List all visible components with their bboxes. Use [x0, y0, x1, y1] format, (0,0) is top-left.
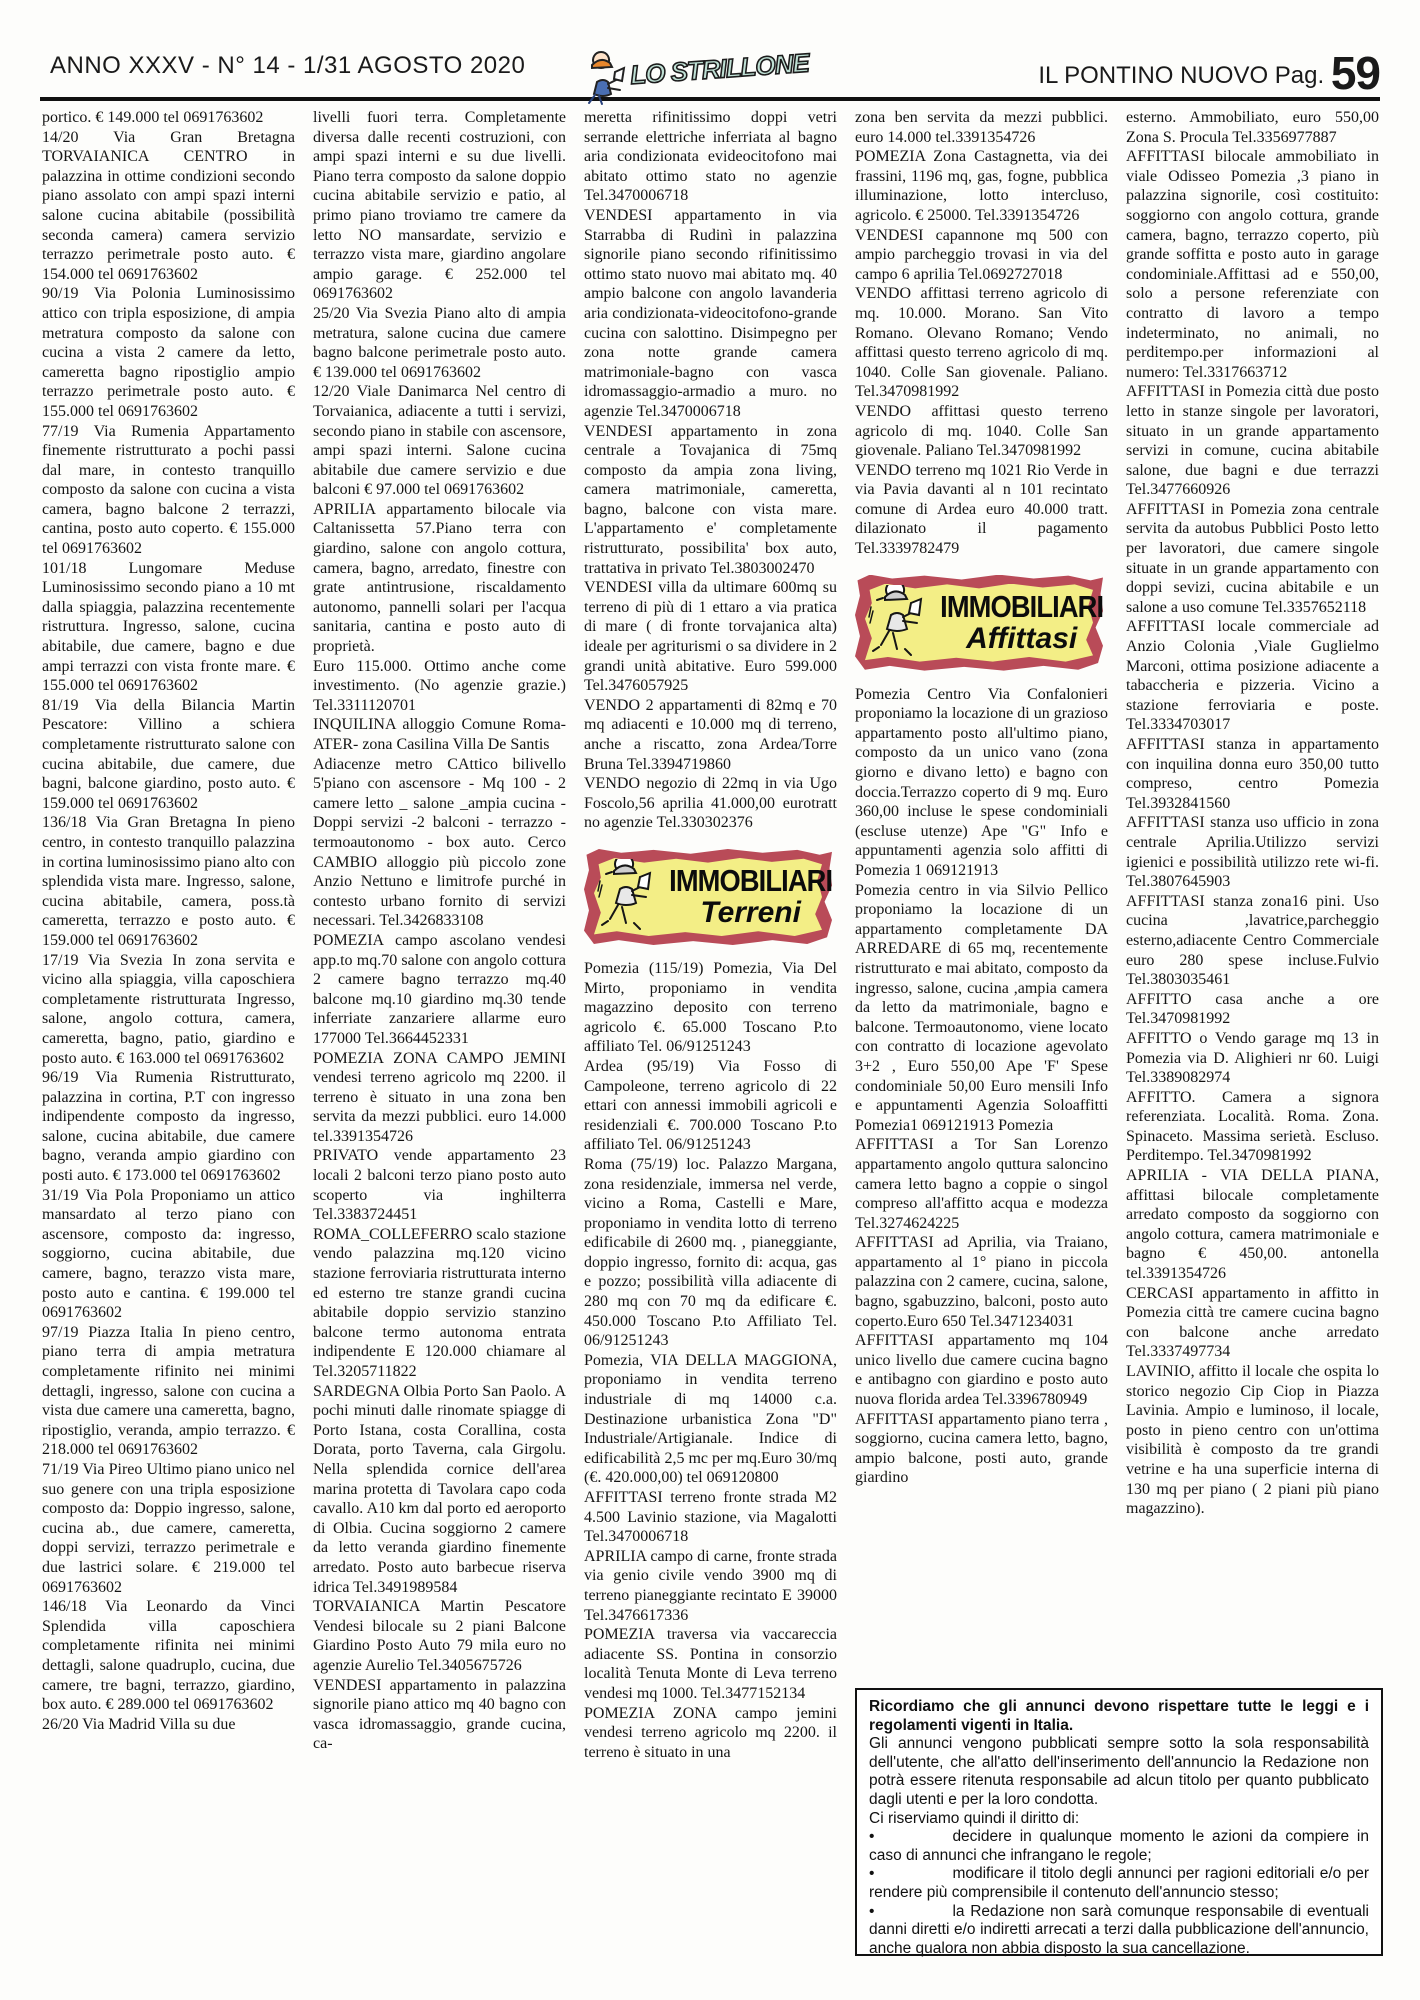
- classified-ad: AFFITTASI a Tor San Lorenzo appartamento…: [855, 1135, 1108, 1233]
- classified-ad: POMEZIA traversa via vaccareccia adiacen…: [584, 1625, 837, 1703]
- masthead-title: IL PONTINO NUOVO Pag.: [1038, 62, 1324, 89]
- badge-subtitle: Affittasi: [929, 623, 1108, 655]
- classified-ad: SARDEGNA Olbia Porto San Paolo. A pochi …: [313, 1382, 566, 1598]
- classified-ad: AFFITTASI stanza uso ufficio in zona cen…: [1126, 813, 1379, 891]
- badge-subtitle: Terreni: [658, 897, 837, 929]
- classified-ad: 136/18 Via Gran Bretagna In pieno centro…: [42, 813, 295, 950]
- classified-ad: APRILIA campo di carne, fronte strada vi…: [584, 1547, 837, 1625]
- badge-title: IMMOBILIARI: [940, 591, 1103, 623]
- classified-ad: TORVAIANICA Martin Pescatore Vendesi bil…: [313, 1597, 566, 1675]
- classified-ad: POMEZIA ZONA CAMPO JEMINI vendesi terren…: [313, 1049, 566, 1147]
- classified-ad: AFFITTASI appartamento piano terra , sog…: [855, 1410, 1108, 1488]
- classified-ad: AFFITTASI locale commerciale ad Anzio Co…: [1126, 617, 1379, 735]
- classified-ad: Pomezia, VIA DELLA MAGGIONA, proponiamo …: [584, 1351, 837, 1488]
- classified-ad: Pomezia centro in via Silvio Pellico pro…: [855, 881, 1108, 1136]
- classified-ad: Ardea (95/19) Via Fosso di Campoleone, t…: [584, 1057, 837, 1155]
- classified-ad: 81/19 Via della Bilancia Martin Pescator…: [42, 696, 295, 814]
- classified-ad: Euro 115.000. Ottimo anche come investim…: [313, 657, 566, 716]
- classified-ad: 31/19 Via Pola Proponiamo un attico mans…: [42, 1186, 295, 1323]
- classified-ad: portico. € 149.000 tel 0691763602: [42, 108, 295, 128]
- classified-ad: Pomezia (115/19) Pomezia, Via Del Mirto,…: [584, 959, 837, 1057]
- badge-title: IMMOBILIARI: [669, 865, 832, 897]
- classified-ad: AFFITTO. Camera a signora referenziata. …: [1126, 1088, 1379, 1166]
- classified-ad: CERCASI appartamento in affitto in Pomez…: [1126, 1284, 1379, 1362]
- classified-ad: 71/19 Via Pireo Ultimo piano unico nel s…: [42, 1460, 295, 1597]
- classified-ad: 97/19 Piazza Italia In pieno centro, pia…: [42, 1323, 295, 1460]
- classified-ad: AFFITTASI stanza zona16 pini. Uso cucina…: [1126, 892, 1379, 990]
- column-3: meretta rifinitissimo doppi vetri serran…: [584, 108, 837, 1978]
- rules-notice-box: Ricordiamo che gli annunci devono rispet…: [855, 1688, 1383, 1956]
- classified-ad: 90/19 Via Polonia Luminosissimo attico c…: [42, 284, 295, 421]
- classified-ad: 26/20 Via Madrid Villa su due: [42, 1715, 295, 1735]
- classified-ad: AFFITTO o Vendo garage mq 13 in Pomezia …: [1126, 1029, 1379, 1088]
- classified-ad: ROMA_COLLEFERRO scalo stazione vendo pal…: [313, 1225, 566, 1382]
- classified-ad: Adiacenze metro CAttico bilivello 5'pian…: [313, 755, 566, 931]
- notice-bullet: •la Redazione non sarà comunque responsa…: [869, 1903, 1369, 1959]
- newsboy-icon: [594, 859, 658, 935]
- classified-ad: AFFITTASI terreno fronte strada M2 4.500…: [584, 1488, 837, 1547]
- classified-ad: zona ben servita da mezzi pubblici. euro…: [855, 108, 1108, 147]
- classified-ad: Roma (75/19) loc. Palazzo Margana, zona …: [584, 1155, 837, 1351]
- classified-ad: VENDESI appartamento in palazzina signor…: [313, 1676, 566, 1754]
- classified-ad: AFFITTASI ad Aprilia, via Traiano, appar…: [855, 1233, 1108, 1331]
- classified-ad: 146/18 Via Leonardo da Vinci Splendida v…: [42, 1597, 295, 1715]
- classified-ad: 14/20 Via Gran Bretagna TORVAIANICA CENT…: [42, 128, 295, 285]
- classified-ad: VENDESI appartamento in zona centrale a …: [584, 422, 837, 579]
- newsboy-icon: [865, 585, 929, 661]
- classified-ad: 96/19 Via Rumenia Ristrutturato, palazzi…: [42, 1068, 295, 1186]
- classified-ad: POMEZIA ZONA campo jemini vendesi terren…: [584, 1704, 837, 1763]
- notice-bullet: •modificare il titolo degli annunci per …: [869, 1865, 1369, 1902]
- classified-ad: 12/20 Viale Danimarca Nel centro di Torv…: [313, 382, 566, 500]
- classified-ad: PRIVATO vende appartamento 23 locali 2 b…: [313, 1146, 566, 1224]
- classified-ad: AFFITTASI in Pomezia zona centrale servi…: [1126, 500, 1379, 618]
- classified-ad: 101/18 Lungomare Meduse Luminosissimo se…: [42, 559, 295, 696]
- classified-ad: VENDESI capannone mq 500 con ampio parch…: [855, 226, 1108, 285]
- classified-ad: POMEZIA Zona Castagnetta, via dei frassi…: [855, 147, 1108, 225]
- column-2: livelli fuori terra. Completamente diver…: [313, 108, 566, 1978]
- classified-ad: LAVINIO, affitto il locale che ospita lo…: [1126, 1362, 1379, 1519]
- classified-ad: 25/20 Via Svezia Piano alto di ampia met…: [313, 304, 566, 382]
- classified-ad: AFFITTASI bilocale ammobiliato in viale …: [1126, 147, 1379, 382]
- notice-bullets: •decidere in qualunque momento le azioni…: [869, 1828, 1369, 1958]
- classified-ad: INQUILINA alloggio Comune Roma-ATER- zon…: [313, 715, 566, 754]
- newsboy-logo-icon: [589, 52, 624, 104]
- classified-ad: VENDO negozio di 22mq in via Ugo Foscolo…: [584, 774, 837, 833]
- classified-ad: AFFITTASI appartamento mq 104 unico live…: [855, 1331, 1108, 1409]
- classified-ad: Pomezia Centro Via Confalonieri proponia…: [855, 685, 1108, 881]
- classified-ad: VENDO affittasi terreno agricolo di mq. …: [855, 284, 1108, 402]
- classified-ad: VENDESI appartamento in via Starrabba di…: [584, 206, 837, 422]
- classified-ad: APRILIA appartamento bilocale via Caltan…: [313, 500, 566, 657]
- classified-ad: VENDESI villa da ultimare 600mq su terre…: [584, 578, 837, 696]
- column-1: portico. € 149.000 tel 069176360214/20 V…: [42, 108, 295, 1978]
- classified-ad: AFFITTASI in Pomezia città due posto let…: [1126, 382, 1379, 500]
- classified-ad: meretta rifinitissimo doppi vetri serran…: [584, 108, 837, 206]
- classified-ad: VENDO affittasi questo terreno agricolo …: [855, 402, 1108, 461]
- classified-ad: VENDO terreno mq 1021 Rio Verde in via P…: [855, 461, 1108, 559]
- newspaper-page: ANNO XXXV - N° 14 - 1/31 AGOSTO 2020 IL …: [0, 0, 1420, 2000]
- classified-ad: VENDO 2 appartamenti di 82mq e 70 mq adi…: [584, 696, 837, 774]
- classified-ad: 77/19 Via Rumenia Appartamento finemente…: [42, 422, 295, 559]
- classified-ad: esterno. Ammobiliato, euro 550,00 Zona S…: [1126, 108, 1379, 147]
- notice-bullet: •decidere in qualunque momento le azioni…: [869, 1828, 1369, 1865]
- immobiliari-terreni-badge: IMMOBILIARI Terreni: [584, 849, 832, 945]
- immobiliari-affittasi-badge: IMMOBILIARI Affittasi: [855, 575, 1103, 671]
- classified-ad: AFFITTASI stanza in appartamento con inq…: [1126, 735, 1379, 813]
- issue-line: ANNO XXXV - N° 14 - 1/31 AGOSTO 2020: [50, 52, 525, 80]
- classified-ad: APRILIA - VIA DELLA PIANA, affittasi bil…: [1126, 1166, 1379, 1284]
- classified-ad: AFFITTO casa anche a ore Tel.3470981992: [1126, 990, 1379, 1029]
- classified-ad: livelli fuori terra. Completamente diver…: [313, 108, 566, 304]
- notice-paragraph: Ci riserviamo quindi il diritto di:: [869, 1810, 1369, 1829]
- notice-title: Ricordiamo che gli annunci devono rispet…: [869, 1698, 1369, 1735]
- lo-strillone-logo: LO STRILLONE: [575, 40, 765, 104]
- masthead-right: IL PONTINO NUOVO Pag. 59: [1038, 46, 1380, 100]
- classified-ad: POMEZIA campo ascolano vendesi app.to mq…: [313, 931, 566, 1049]
- classified-ad: 17/19 Via Svezia In zona servita e vicin…: [42, 951, 295, 1069]
- page-number: 59: [1331, 47, 1380, 99]
- notice-paragraph: Gli annunci vengono pubblicati sempre so…: [869, 1735, 1369, 1809]
